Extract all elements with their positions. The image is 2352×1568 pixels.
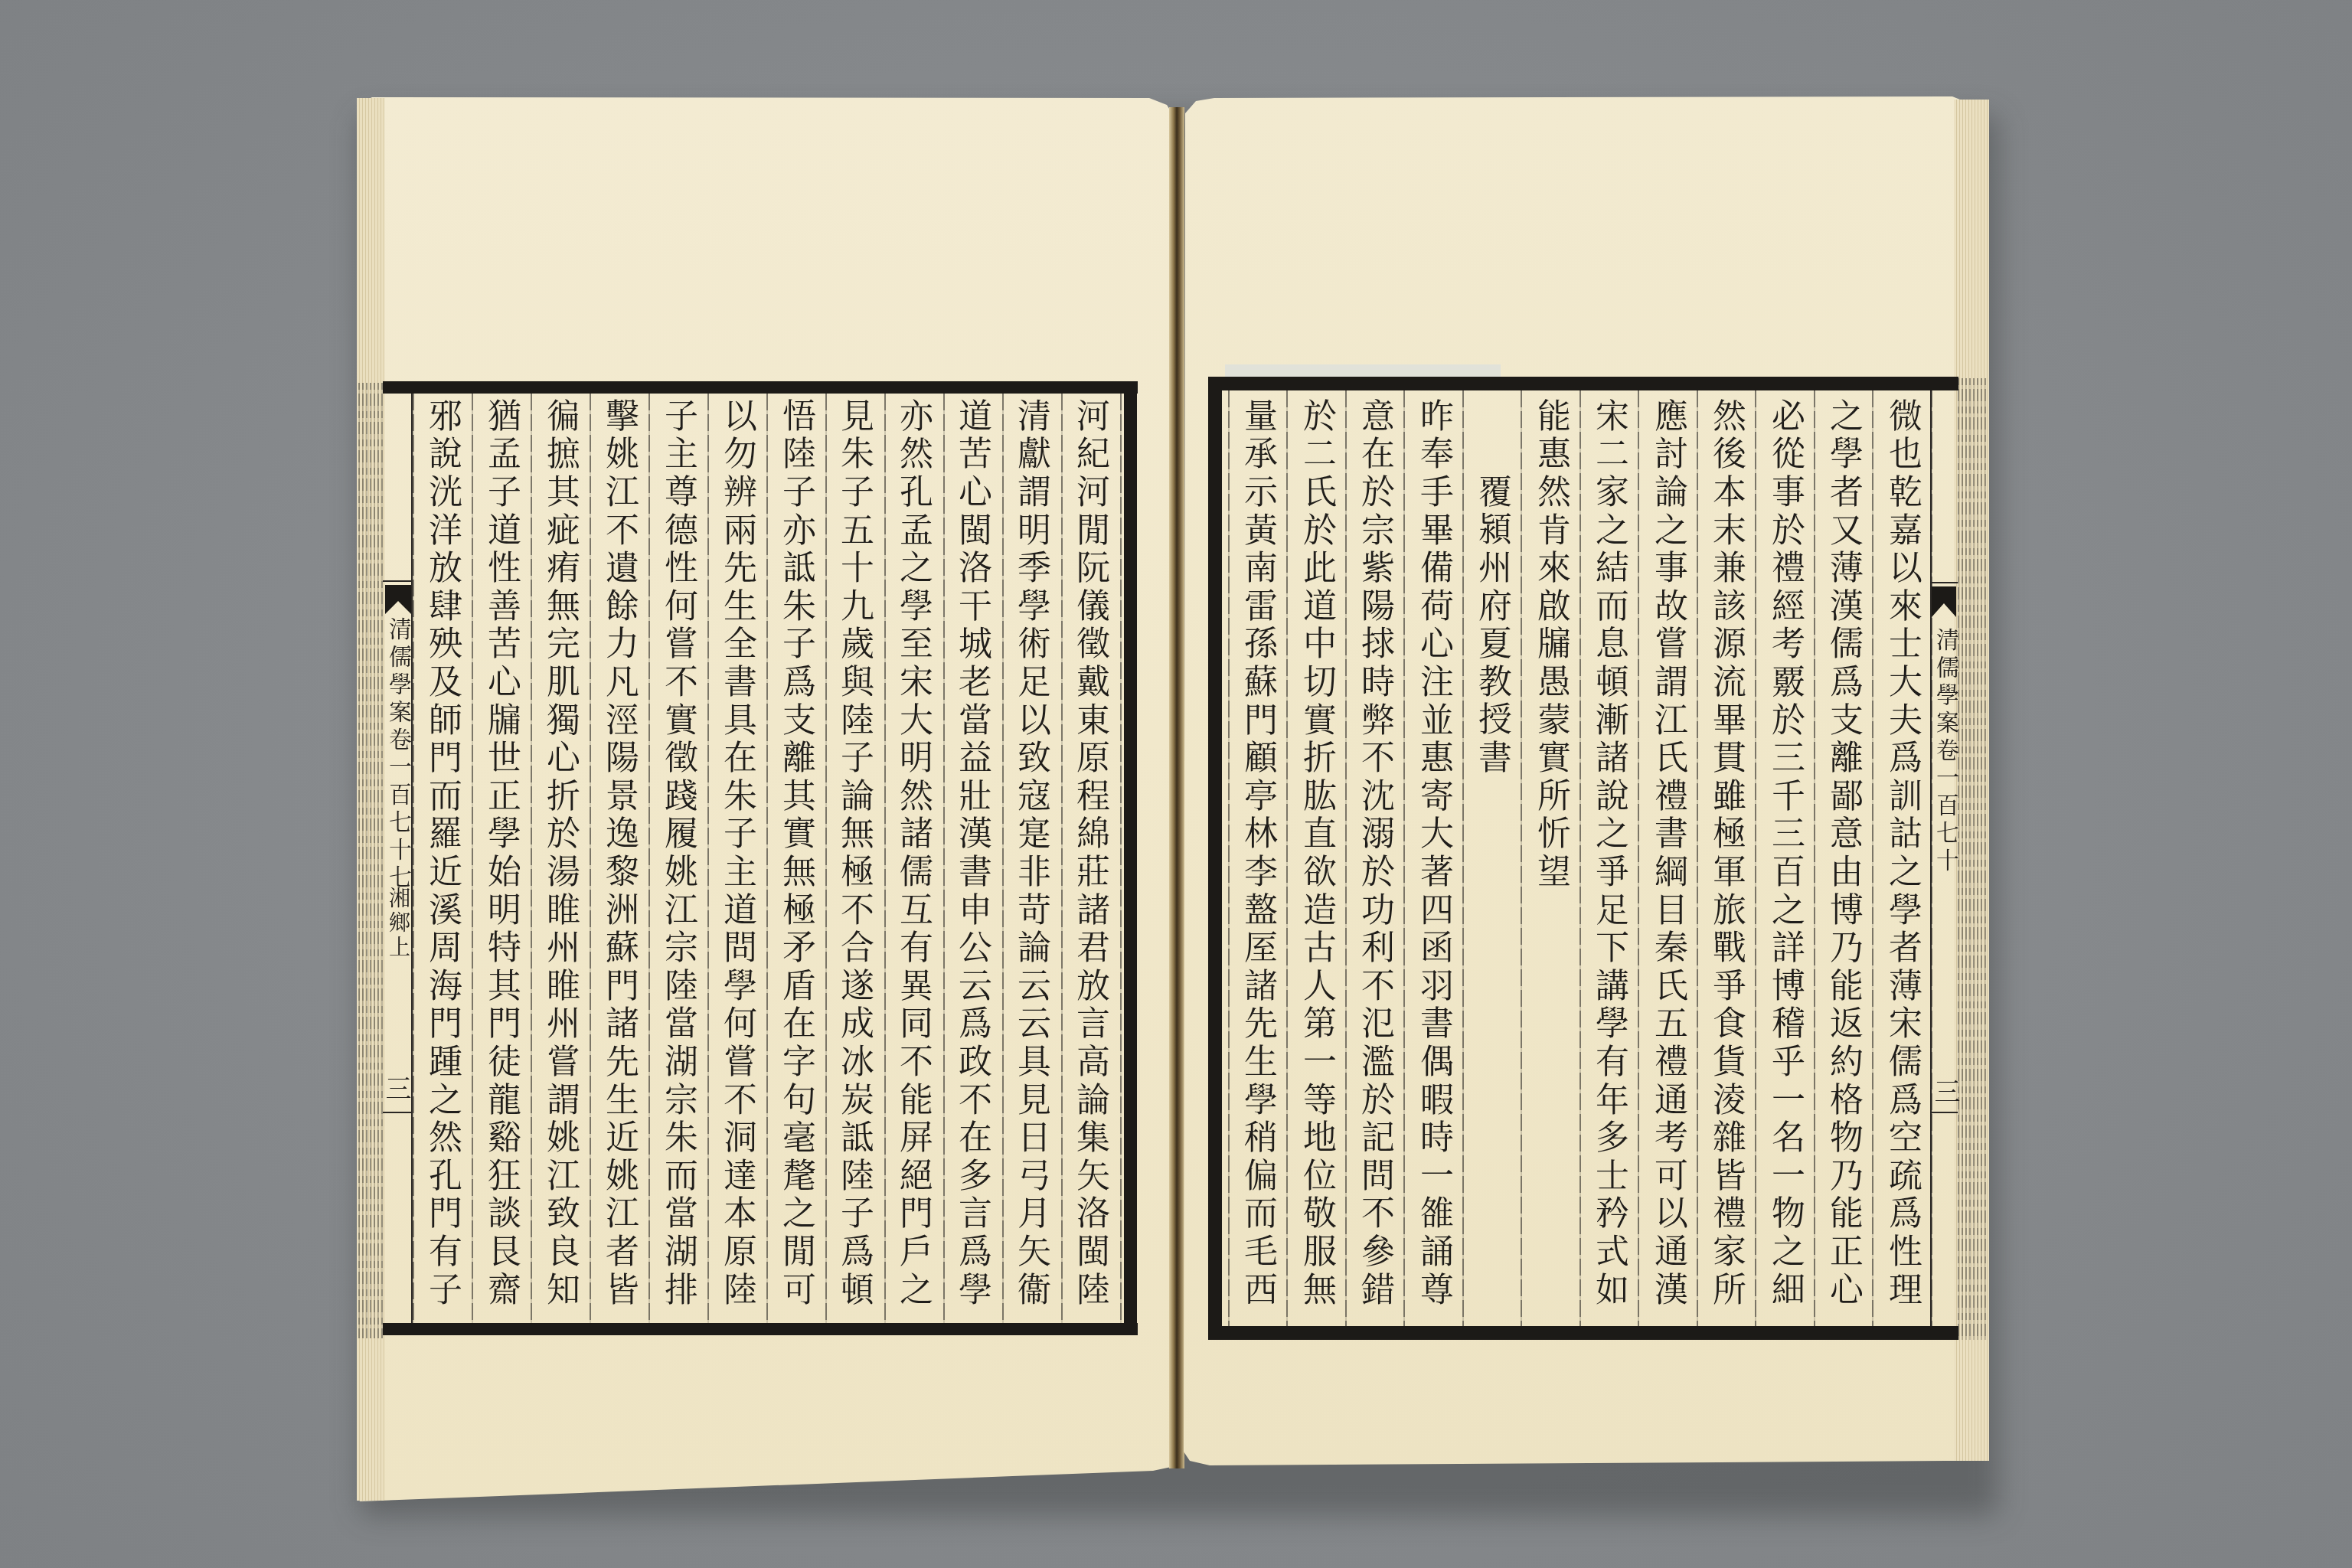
- text-column: 河紀河閒阮儀徵戴東原程綿莊諸君放言高論集矢洛閩陸: [1068, 398, 1111, 1328]
- text-column: 能惠然肯來啟牖愚蒙實所忻望: [1529, 398, 1572, 1328]
- paper-discoloration: [1225, 364, 1501, 377]
- left-page-number: 三: [383, 1075, 409, 1101]
- text-column: 見朱子五十九歲與陸子論無極不合遂成冰炭詆陸子爲頓: [832, 398, 875, 1328]
- right-page-number: 三: [1932, 1078, 1958, 1104]
- left-frame-top-border: [383, 381, 1138, 394]
- right-frame-top-border: [1208, 377, 1958, 390]
- text-column: 道苦心閩洛干城老當益壯漢書申公云爲政不在多言爲學: [950, 398, 993, 1328]
- text-column: 應討論之事故嘗謂江氏禮書綱目秦氏五禮通考可以通漢: [1646, 398, 1689, 1328]
- text-column: 擊姚江不遺餘力凡涇陽景逸黎洲蘇門諸先生近姚江者皆: [597, 398, 640, 1328]
- text-column: 徧摭其疵痏無完肌獨心折於湯睢州睢州嘗謂姚江致良知: [538, 398, 581, 1328]
- right-margin-rule-lower: [1930, 1112, 1958, 1113]
- text-column: 必從事於禮經考覈於三千三百之詳博稽乎一名一物之細: [1763, 398, 1806, 1328]
- text-column: 猶孟子道性善苦心牖世正學始明特其門徒龍谿狂談艮齋: [479, 398, 522, 1328]
- text-column: 量承示黃南雷孫蘇門顧亭林李盩厔諸先生學稍偏而毛西: [1236, 398, 1279, 1328]
- text-column: 宋二家之結而息頓漸諸說之爭足下講學有年多士矜式如: [1587, 398, 1630, 1328]
- book-gutter: [1169, 107, 1184, 1468]
- text-column: 微也乾嘉以來士大夫爲訓詁之學者薄宋儒爲空疏爲性理: [1880, 398, 1923, 1328]
- text-column: 以勿辨兩先生全書具在朱子主道問學何嘗不洞達本原陸: [715, 398, 758, 1328]
- text-column: 亦然孔孟之學至宋大明然諸儒互有異同不能屏絕門戶之: [891, 398, 934, 1328]
- letter-title-column: 覆潁州府夏教授書: [1470, 474, 1513, 1404]
- left-margin-section: 湘鄉上: [385, 887, 411, 960]
- left-margin-rule-upper: [383, 580, 412, 582]
- text-column: 意在於宗紫陽捄時弊不沈溺於功利不氾濫於記問不參錯: [1353, 398, 1396, 1328]
- text-column: 昨奉手畢備荷心注並惠寄大著四函羽書偶暇時一雒誦尊: [1412, 398, 1455, 1328]
- text-column: 悟陸子亦詆朱子爲支離其實無極矛盾在字句毫氂之閒可: [774, 398, 817, 1328]
- left-frame-right-border: [1124, 381, 1137, 1335]
- left-margin-title: 清儒學案卷一百七十七: [384, 617, 410, 893]
- right-margin-title: 清儒學案卷一百七十: [1932, 628, 1958, 876]
- text-column: 於二氏於此道中切實折肱直欲造古人第一等地位敬服無: [1295, 398, 1338, 1328]
- text-column: 然後本末兼該源流畢貫雖極軍旅戰爭食貨淩雜皆禮家所: [1704, 398, 1747, 1328]
- text-column: 之學者又薄漢儒爲支離鄙意由博乃能返約格物乃能正心: [1821, 398, 1864, 1328]
- text-column: 清獻謂明季學術足以致寇寔非苛論云云具見日弓月矢衞: [1009, 398, 1052, 1328]
- right-margin-rule-upper: [1930, 582, 1958, 583]
- right-stack-printed-edges: [1958, 378, 1988, 1340]
- right-frame-left-border: [1208, 377, 1222, 1340]
- text-column: 子主尊德性何嘗不實徵踐履姚江宗陸當湖宗朱而當湖排: [656, 398, 699, 1328]
- left-stack-printed-edges: [358, 383, 383, 1338]
- left-margin-rule-lower: [383, 1112, 412, 1113]
- text-column: 邪說洸洋放肆殃及師門而羅近溪周海門踵之然孔門有子: [420, 398, 463, 1328]
